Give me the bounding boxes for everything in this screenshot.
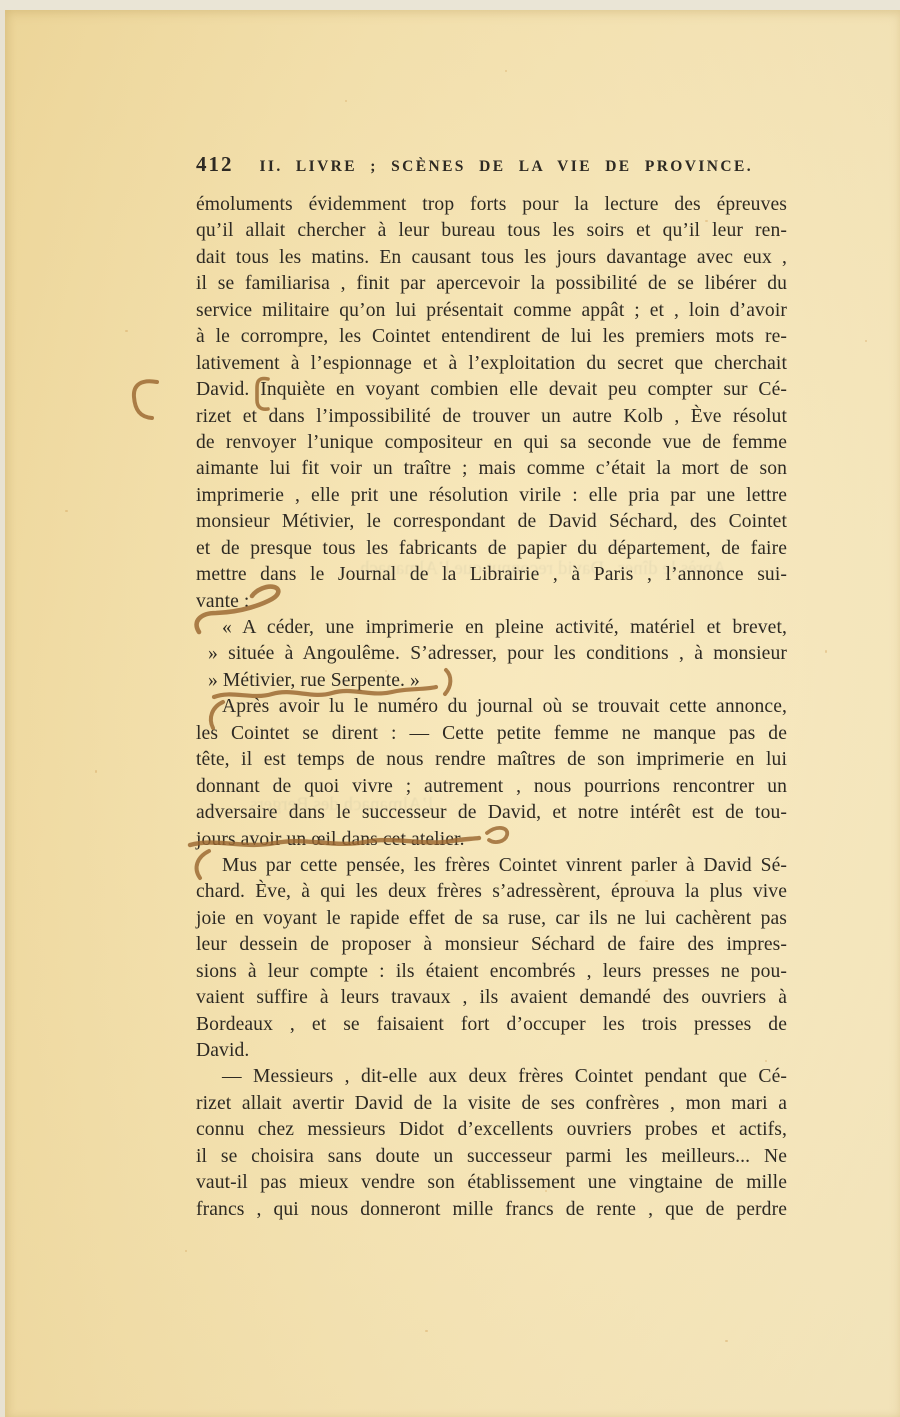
text-line: jours avoir un œil dans cet atelier. (196, 827, 787, 853)
text-line: joie en voyant le rapide effet de sa rus… (196, 906, 787, 932)
text-line: lativement à l’espionnage et à l’exploit… (196, 351, 787, 377)
paper-fleck (725, 1340, 728, 1342)
text-block: 412 II. LIVRE ; SCÈNES DE LA VIE DE PROV… (196, 152, 787, 178)
page-number: 412 (196, 152, 234, 177)
text-line: vaient suffire à leurs travaux , ils ava… (196, 985, 787, 1011)
text-line: les Cointet se dirent : — Cette petite f… (196, 721, 787, 747)
text-line: à le corrompre, les Cointet entendirent … (196, 324, 787, 350)
paper-fleck (95, 770, 97, 773)
text-line: « A céder, une imprimerie en pleine acti… (196, 615, 787, 641)
text-line: Après avoir lu le numéro du journal où s… (196, 694, 787, 720)
text-line: leur dessein de proposer à monsieur Séch… (196, 932, 787, 958)
text-line: rizet allait avertir David de la visite … (196, 1091, 787, 1117)
paper-fleck (125, 330, 128, 332)
text-line: vaut-il pas mieux vendre son établisseme… (196, 1170, 787, 1196)
paper-fleck (505, 70, 507, 72)
text-line: qu’il allait chercher à leur bureau tous… (196, 218, 787, 244)
text-line: rizet et dans l’impossibilité de trouver… (196, 404, 787, 430)
text-line: David. (196, 1038, 787, 1064)
paper-fleck (865, 340, 867, 342)
paper-fleck (65, 510, 68, 512)
text-line: il se choisira sans doute un successeur … (196, 1144, 787, 1170)
text-line: et de presque tous les fabricants de pap… (196, 536, 787, 562)
text-line: chard. Ève, à qui les deux frères s’adre… (196, 879, 787, 905)
text-line: monsieur Métivier, le correspondant de D… (196, 509, 787, 535)
body-text: émoluments évidemment trop forts pour la… (196, 192, 787, 1223)
text-line: francs , qui nous donneront mille francs… (196, 1197, 787, 1223)
text-line: donnant de quoi vivre ; autrement , nous… (196, 774, 787, 800)
text-line: Mus par cette pensée, les frères Cointet… (196, 853, 787, 879)
text-line: vante : (196, 589, 787, 615)
paper-fleck (825, 650, 827, 653)
scan-edge (0, 0, 900, 10)
paper-fleck (425, 1330, 428, 1332)
text-line: service militaire qu’on lui présentait c… (196, 298, 787, 324)
text-line: » située à Angoulême. S’adresser, pour l… (196, 641, 787, 667)
paper-fleck (185, 1250, 187, 1252)
scanned-book-page: { "page": { "number": "412", "running_ti… (0, 0, 900, 1417)
text-line: il se familiarisa , finit par apercevoir… (196, 271, 787, 297)
text-line: adversaire dans le successeur de David, … (196, 800, 787, 826)
text-line: mettre dans le Journal de la Librairie ,… (196, 562, 787, 588)
text-line: imprimerie , elle prit une résolution vi… (196, 483, 787, 509)
text-line: sions à leur compte : ils étaient encomb… (196, 959, 787, 985)
text-line: tête, il est temps de nous rendre maître… (196, 747, 787, 773)
running-title: II. LIVRE ; SCÈNES DE LA VIE DE PROVINCE… (234, 158, 788, 176)
text-line: David. Inquiète en voyant combien elle d… (196, 377, 787, 403)
text-line: dait tous les matins. En causant tous le… (196, 245, 787, 271)
text-line: aimante lui fit voir un traître ; mais c… (196, 456, 787, 482)
text-line: » Métivier, rue Serpente. » (196, 668, 787, 694)
page-header: 412 II. LIVRE ; SCÈNES DE LA VIE DE PROV… (196, 152, 787, 178)
text-line: émoluments évidemment trop forts pour la… (196, 192, 787, 218)
text-line: Bordeaux , et se faisaient fort d’occupe… (196, 1012, 787, 1038)
text-line: de renvoyer l’unique compositeur en qui … (196, 430, 787, 456)
text-line: — Messieurs , dit-elle aux deux frères C… (196, 1064, 787, 1090)
text-line: connu chez messieurs Didot d’excellents … (196, 1117, 787, 1143)
paper-fleck (345, 100, 347, 102)
